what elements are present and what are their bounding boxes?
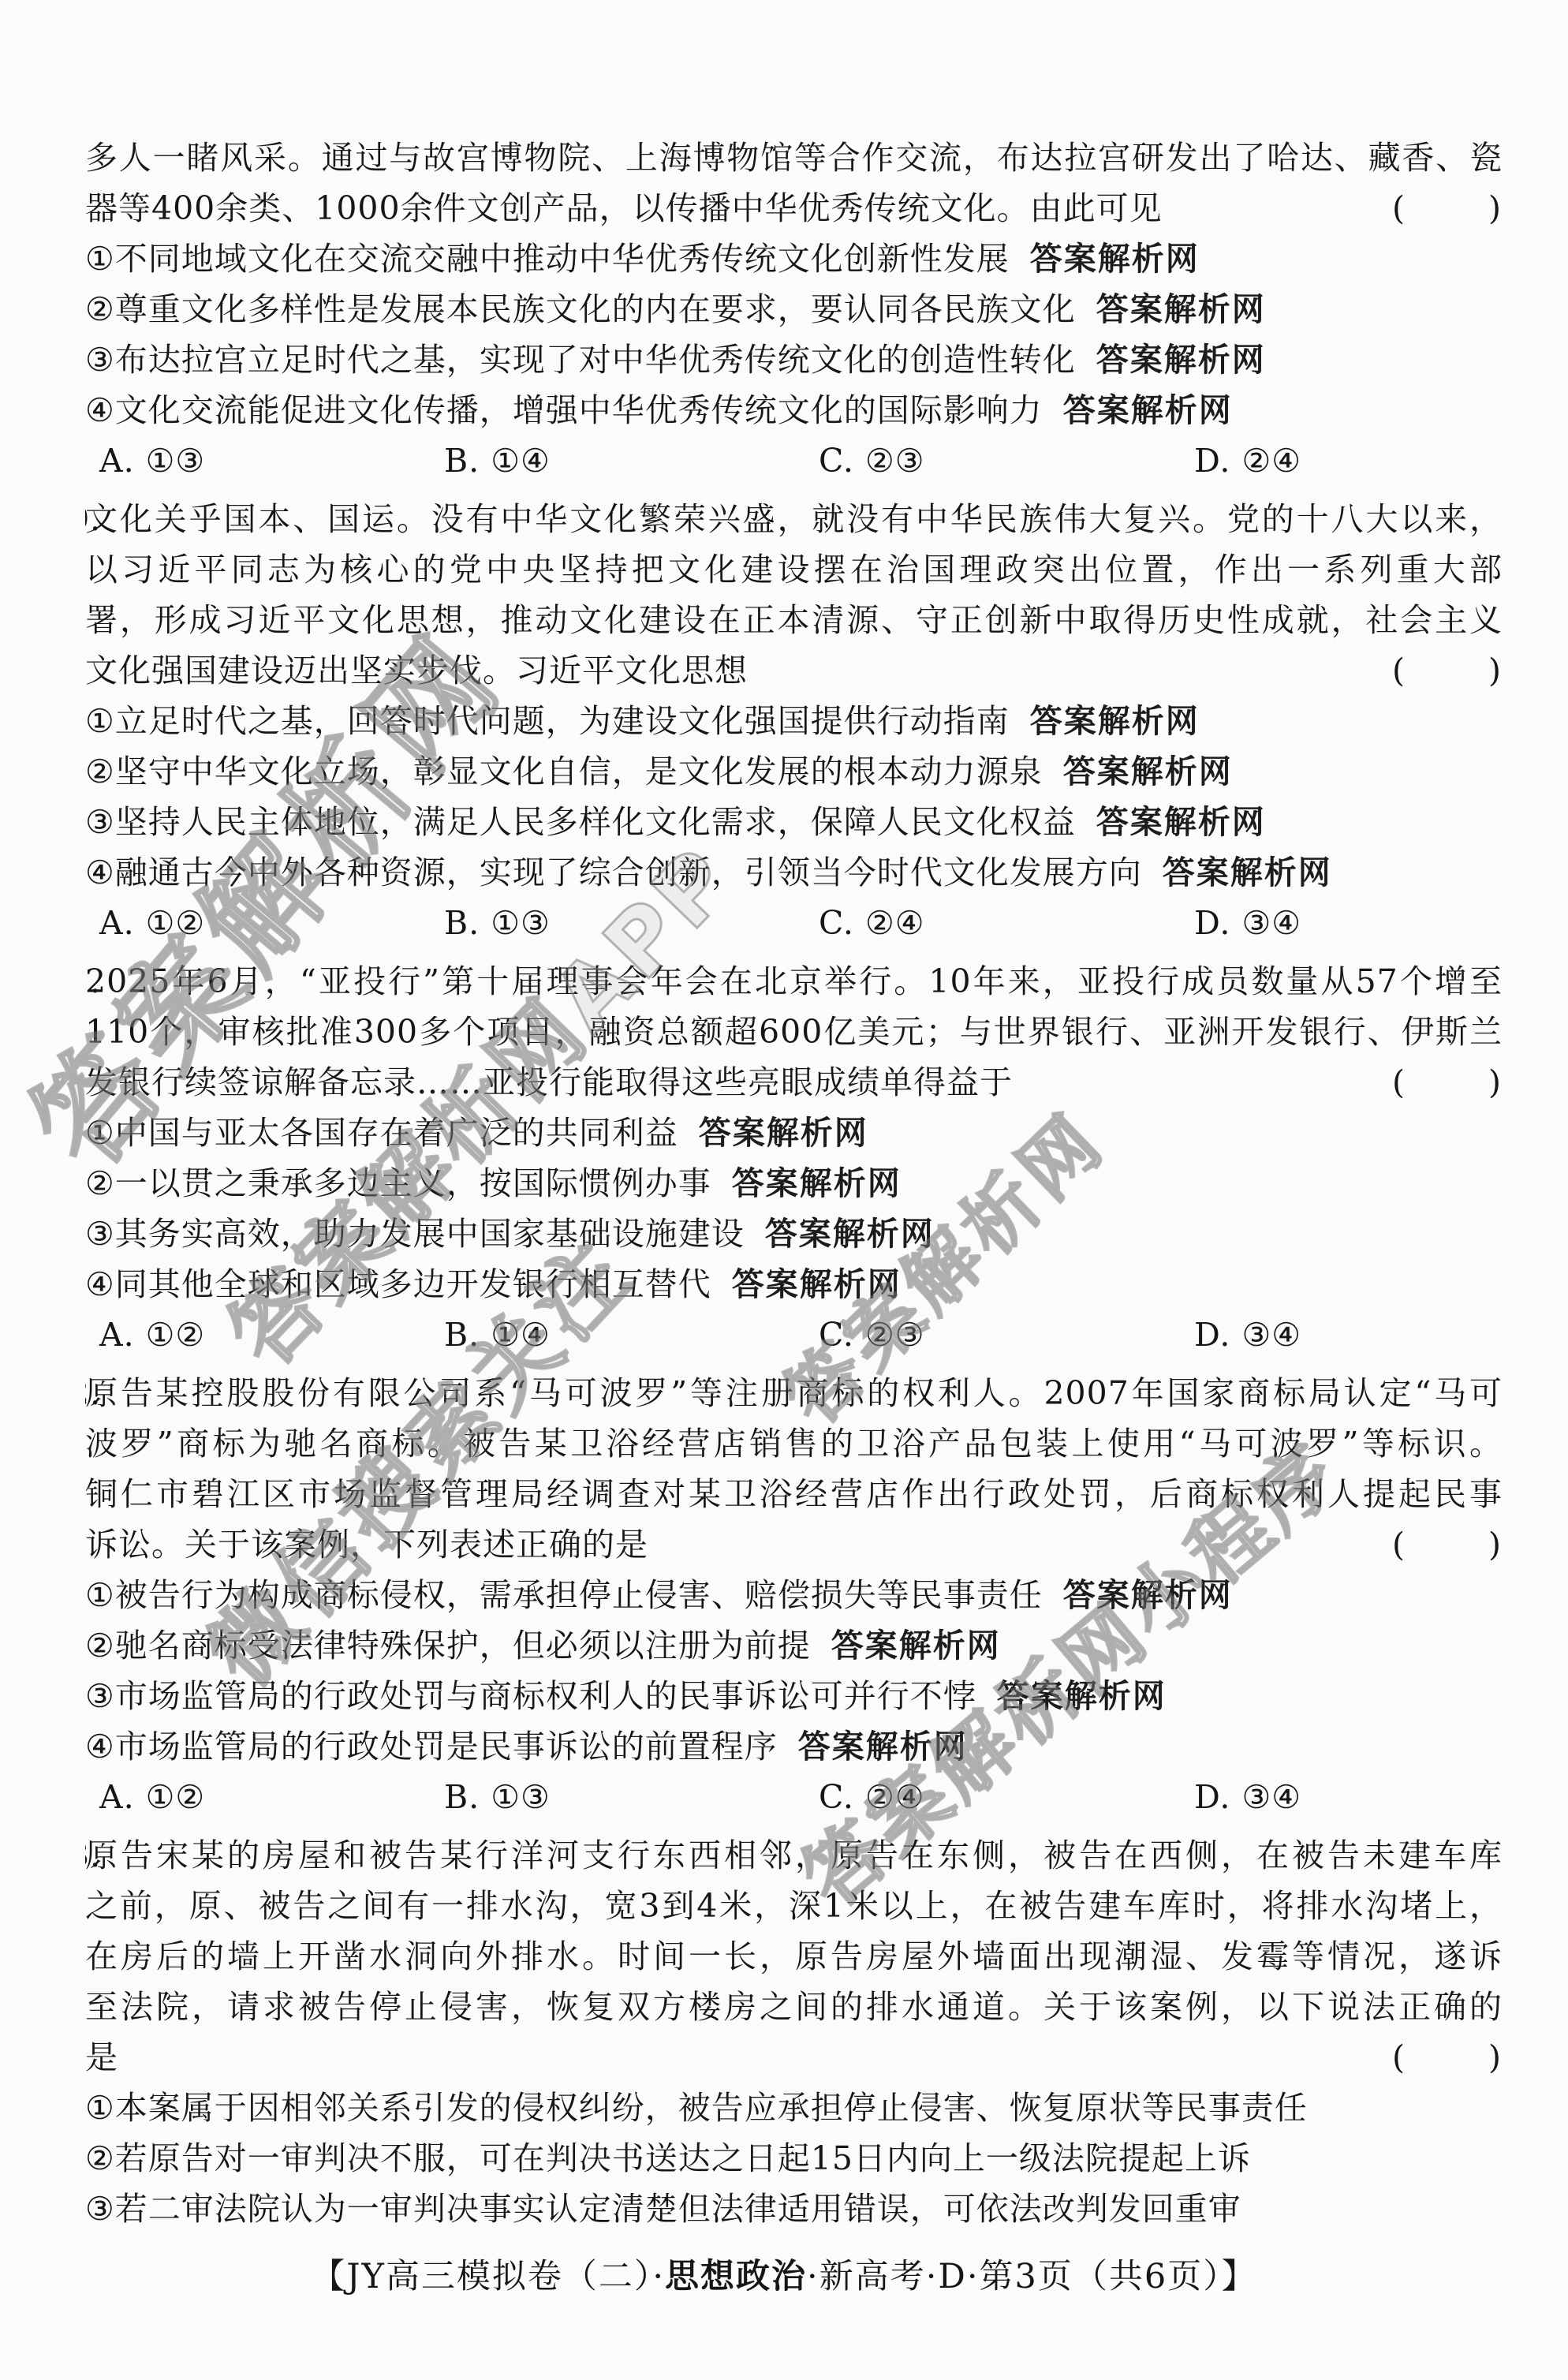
stem-text: 原告宋某的房屋和被告某行洋河支行东西相邻，原告在东侧，被告在西侧，在被告未建车库	[85, 1836, 1503, 1874]
question-number: 11.	[85, 956, 101, 1007]
question-stem-line: 是()	[85, 2032, 1503, 2083]
stem-text: 至法院，请求被告停止侵害，恢复双方楼房之间的排水通道。关于该案例，以下说法正确的	[85, 1988, 1503, 2026]
question-option: ②若原告对一审判决不服，可在判决书送达之日起15日内向上一级法院提起上诉	[85, 2133, 1503, 2184]
question-block: 11.2025年6月，“亚投行”第十届理事会年会在北京举行。10年来，亚投行成员…	[85, 956, 1503, 1360]
question-number: 10.	[85, 494, 101, 544]
question-stem-line: 在房后的墙上开凿水洞向外排水。时间一长，原告房屋外墙面出现潮湿、发霉等情况，遂诉	[85, 1931, 1503, 1982]
option-text: ②一以贯之秉承多边主义，按国际惯例办事	[85, 1164, 711, 1202]
question-stem-line: 署，形成习近平文化思想，推动文化建设在正本清源、守正创新中取得历史性成就，社会主…	[85, 595, 1503, 645]
brand-stamp: 答案解析网	[1142, 854, 1332, 891]
bracket-open: (	[1392, 183, 1405, 234]
question-block: 10.文化关乎国本、国运。没有中华文化繁荣兴盛，就没有中华民族伟大复兴。党的十八…	[85, 494, 1503, 948]
option-text: ②若原告对一审判决不服，可在判决书送达之日起15日内向上一级法院提起上诉	[85, 2139, 1251, 2177]
answer-bracket: ()	[1392, 1519, 1501, 1570]
option-text: ④融通古今中外各种资源，实现了综合创新，引领当今时代文化发展方向	[85, 854, 1142, 891]
option-text: ④同其他全球和区域多边开发银行相互替代	[85, 1265, 711, 1303]
choice-d: D. ②④	[1194, 435, 1301, 486]
stem-text: 文化强国建设迈出坚实步伐。习近平文化思想	[85, 652, 748, 689]
brand-stamp: 答案解析网	[1076, 341, 1266, 379]
choice-row: A. ①②B. ①④C. ②③D. ③④	[85, 1310, 1503, 1360]
stem-text: 110个，审核批准300多个项目，融资总额超600亿美元；与世界银行、亚洲开发银…	[85, 1013, 1503, 1057]
answer-bracket: ()	[1392, 183, 1501, 234]
choice-b: B. ①③	[444, 1772, 551, 1822]
option-text: ③若二审法院认为一审判决事实认定清楚但法律适用错误，可依法改判发回重审	[85, 2190, 1241, 2228]
bracket-open: (	[1392, 2032, 1405, 2083]
question-block: 多人一睹风采。通过与故宫博物院、上海博物馆等合作交流，布达拉宫研发出了哈达、藏香…	[85, 133, 1503, 486]
stem-text: 在房后的墙上开凿水洞向外排水。时间一长，原告房屋外墙面出现潮湿、发霉等情况，遂诉	[85, 1937, 1503, 1975]
option-text: ④文化交流能促进文化传播，增强中华优秀传统文化的国际影响力	[85, 391, 1043, 429]
question-stem-line: 之前，原、被告之间有一排水沟，宽3到4米，深1米以上，在被告建车库时，将排水沟堵…	[85, 1881, 1503, 1931]
option-text: ③坚持人民主体地位，满足人民多样化文化需求，保障人民文化权益	[85, 803, 1076, 841]
question-option: ②尊重文化多样性是发展本民族文化的内在要求，要认同各民族文化答案解析网	[85, 284, 1503, 334]
brand-stamp: 答案解析网	[678, 1114, 868, 1152]
page-footer: 【JY高三模拟卷（二）·思想政治·新高考·D·第3页（共6页）】	[0, 2250, 1568, 2298]
choice-a: A. ①②	[99, 1772, 205, 1822]
bracket-close: )	[1488, 645, 1501, 696]
option-text: ①中国与亚太各国存在着广泛的共同利益	[85, 1114, 678, 1152]
question-option: ③布达拉宫立足时代之基，实现了对中华优秀传统文化的创造性转化答案解析网	[85, 334, 1503, 385]
question-option: ①本案属于因相邻关系引发的侵权纠纷，被告应承担停止侵害、恢复原状等民事责任	[85, 2083, 1503, 2133]
choice-b: B. ①④	[444, 435, 551, 486]
choice-c: C. ②③	[819, 435, 925, 486]
option-text: ③其务实高效，助力发展中国家基础设施建设	[85, 1215, 745, 1253]
footer-subject: 思想政治	[665, 2257, 807, 2296]
question-option: ②一以贯之秉承多边主义，按国际惯例办事答案解析网	[85, 1158, 1503, 1209]
brand-stamp: 答案解析网	[1010, 240, 1200, 278]
question-stem-line: 诉讼。关于该案例，下列表述正确的是()	[85, 1519, 1503, 1570]
brand-stamp: 答案解析网	[1076, 803, 1266, 841]
brand-stamp: 答案解析网	[711, 1265, 902, 1303]
choice-d: D. ③④	[1194, 1772, 1301, 1822]
choice-row: A. ①③B. ①④C. ②③D. ②④	[85, 435, 1503, 486]
stem-text: 多人一睹风采。通过与故宫博物院、上海博物馆等合作交流，布达拉宫研发出了哈达、藏香…	[85, 139, 1503, 177]
stem-text: 是	[85, 2038, 118, 2076]
choice-a: A. ①②	[99, 1310, 205, 1360]
question-option: ①立足时代之基，回答时代问题，为建设文化强国提供行动指南答案解析网	[85, 696, 1503, 746]
stem-text: 之前，原、被告之间有一排水沟，宽3到4米，深1米以上，在被告建车库时，将排水沟堵…	[85, 1887, 1503, 1925]
footer-suffix: ·新高考·D·第3页（共6页）】	[807, 2257, 1257, 2296]
question-option: ②坚守中华文化立场，彰显文化自信，是文化发展的根本动力源泉答案解析网	[85, 746, 1503, 797]
question-option: ①不同地域文化在交流交融中推动中华优秀传统文化创新性发展答案解析网	[85, 234, 1503, 284]
brand-stamp: 答案解析网	[1076, 290, 1266, 328]
answer-bracket: ()	[1392, 645, 1501, 696]
question-stem-line: 110个，审核批准300多个项目，融资总额超600亿美元；与世界银行、亚洲开发银…	[85, 1007, 1503, 1057]
option-text: ①不同地域文化在交流交融中推动中华优秀传统文化创新性发展	[85, 240, 1010, 278]
question-option: ④同其他全球和区域多边开发银行相互替代答案解析网	[85, 1259, 1503, 1310]
stem-text: 文化关乎国本、国运。没有中华文化繁荣兴盛，就没有中华民族伟大复兴。党的十八大以来…	[85, 500, 1503, 538]
option-text: ③市场监管局的行政处罚与商标权利人的民事诉讼可并行不悖	[85, 1677, 976, 1715]
brand-stamp: 答案解析网	[711, 1164, 902, 1202]
question-stem-line: 文化强国建设迈出坚实步伐。习近平文化思想()	[85, 645, 1503, 696]
answer-bracket: ()	[1392, 1057, 1501, 1108]
option-text: ④市场监管局的行政处罚是民事诉讼的前置程序	[85, 1728, 778, 1765]
brand-stamp: 答案解析网	[745, 1215, 935, 1253]
bracket-close: )	[1488, 1057, 1501, 1108]
question-option: ①被告行为构成商标侵权，需承担停止侵害、赔偿损失等民事责任答案解析网	[85, 1570, 1503, 1620]
brand-stamp: 答案解析网	[1010, 702, 1200, 740]
brand-stamp: 答案解析网	[1043, 1576, 1233, 1614]
bracket-open: (	[1392, 645, 1405, 696]
brand-stamp: 答案解析网	[778, 1728, 968, 1765]
choice-c: C. ②④	[819, 1772, 925, 1822]
answer-bracket: ()	[1392, 2032, 1501, 2083]
choice-b: B. ①③	[444, 898, 551, 948]
option-text: ②尊重文化多样性是发展本民族文化的内在要求，要认同各民族文化	[85, 290, 1076, 328]
stem-text: 发银行续签谅解备忘录……亚投行能取得这些亮眼成绩单得益于	[85, 1063, 1013, 1101]
option-text: ①被告行为构成商标侵权，需承担停止侵害、赔偿损失等民事责任	[85, 1576, 1043, 1614]
brand-stamp: 答案解析网	[1043, 753, 1233, 790]
bracket-close: )	[1488, 183, 1501, 234]
question-stem-line: 10.文化关乎国本、国运。没有中华文化繁荣兴盛，就没有中华民族伟大复兴。党的十八…	[85, 494, 1503, 544]
footer-prefix: 【JY高三模拟卷（二）·	[311, 2257, 665, 2296]
question-stem-line: 11.2025年6月，“亚投行”第十届理事会年会在北京举行。10年来，亚投行成员…	[85, 956, 1503, 1007]
option-text: ②驰名商标受法律特殊保护，但必须以注册为前提	[85, 1627, 811, 1665]
question-option: ③其务实高效，助力发展中国家基础设施建设答案解析网	[85, 1209, 1503, 1259]
stem-text: 铜仁市碧江区市场监督管理局经调查对某卫浴经营店作出行政处罚，后商标权利人提起民事	[85, 1475, 1503, 1513]
question-stem-line: 以习近平同志为核心的党中央坚持把文化建设摆在治国理政突出位置，作出一系列重大部	[85, 544, 1503, 595]
choice-row: A. ①②B. ①③C. ②④D. ③④	[85, 898, 1503, 948]
choice-c: C. ②④	[819, 898, 925, 948]
bracket-open: (	[1392, 1057, 1405, 1108]
question-option: ④融通古今中外各种资源，实现了综合创新，引领当今时代文化发展方向答案解析网	[85, 847, 1503, 898]
option-text: ②坚守中华文化立场，彰显文化自信，是文化发展的根本动力源泉	[85, 753, 1043, 790]
question-block: 13.原告宋某的房屋和被告某行洋河支行东西相邻，原告在东侧，被告在西侧，在被告未…	[85, 1830, 1503, 2234]
choice-b: B. ①④	[444, 1310, 551, 1360]
brand-stamp: 答案解析网	[811, 1627, 1001, 1665]
question-stem-line: 12.原告某控股股份有限公司系“马可波罗”等注册商标的权利人。2007年国家商标…	[85, 1368, 1503, 1418]
stem-text: 器等400余类、1000余件文创产品，以传播中华优秀传统文化。由此可见	[85, 189, 1163, 227]
choice-d: D. ③④	[1194, 1310, 1301, 1360]
question-stem-line: 器等400余类、1000余件文创产品，以传播中华优秀传统文化。由此可见()	[85, 183, 1503, 234]
option-text: ①本案属于因相邻关系引发的侵权纠纷，被告应承担停止侵害、恢复原状等民事责任	[85, 2089, 1308, 2127]
question-block: 12.原告某控股股份有限公司系“马可波罗”等注册商标的权利人。2007年国家商标…	[85, 1368, 1503, 1822]
option-text: ①立足时代之基，回答时代问题，为建设文化强国提供行动指南	[85, 702, 1010, 740]
brand-stamp: 答案解析网	[976, 1677, 1167, 1715]
question-option: ②驰名商标受法律特殊保护，但必须以注册为前提答案解析网	[85, 1620, 1503, 1671]
choice-c: C. ②③	[819, 1310, 925, 1360]
choice-row: A. ①②B. ①③C. ②④D. ③④	[85, 1772, 1503, 1822]
question-stem-line: 铜仁市碧江区市场监督管理局经调查对某卫浴经营店作出行政处罚，后商标权利人提起民事	[85, 1469, 1503, 1519]
question-option: ④市场监管局的行政处罚是民事诉讼的前置程序答案解析网	[85, 1721, 1503, 1772]
exam-page: 答案解析网 答案解析网APP 答案解析网 微信搜索关注 答案解析网小程序 多人一…	[0, 0, 1568, 2380]
question-stem-line: 13.原告宋某的房屋和被告某行洋河支行东西相邻，原告在东侧，被告在西侧，在被告未…	[85, 1830, 1503, 1881]
question-stem-line: 发银行续签谅解备忘录……亚投行能取得这些亮眼成绩单得益于()	[85, 1057, 1503, 1108]
stem-text: 诉讼。关于该案例，下列表述正确的是	[85, 1526, 648, 1564]
question-stem-line: 多人一睹风采。通过与故宫博物院、上海博物馆等合作交流，布达拉宫研发出了哈达、藏香…	[85, 133, 1503, 183]
brand-stamp: 答案解析网	[1043, 391, 1233, 429]
choice-a: A. ①②	[99, 898, 205, 948]
question-stem-line: 波罗”商标为驰名商标。被告某卫浴经营店销售的卫浴产品包装上使用“马可波罗”等标识…	[85, 1418, 1503, 1469]
bracket-open: (	[1392, 1519, 1405, 1570]
stem-text: 2025年6月，“亚投行”第十届理事会年会在北京举行。10年来，亚投行成员数量从…	[85, 962, 1503, 1000]
stem-text: 原告某控股股份有限公司系“马可波罗”等注册商标的权利人。2007年国家商标局认定…	[85, 1374, 1503, 1412]
question-stem-line: 至法院，请求被告停止侵害，恢复双方楼房之间的排水通道。关于该案例，以下说法正确的	[85, 1982, 1503, 2032]
stem-text: 以习近平同志为核心的党中央坚持把文化建设摆在治国理政突出位置，作出一系列重大部	[85, 551, 1503, 588]
question-number: 12.	[85, 1368, 101, 1418]
question-number: 13.	[85, 1830, 101, 1881]
content: 多人一睹风采。通过与故宫博物院、上海博物馆等合作交流，布达拉宫研发出了哈达、藏香…	[85, 133, 1503, 2242]
choice-d: D. ③④	[1194, 898, 1301, 948]
stem-text: 波罗”商标为驰名商标。被告某卫浴经营店销售的卫浴产品包装上使用“马可波罗”等标识…	[85, 1425, 1503, 1463]
question-option: ④文化交流能促进文化传播，增强中华优秀传统文化的国际影响力答案解析网	[85, 385, 1503, 435]
question-option: ①中国与亚太各国存在着广泛的共同利益答案解析网	[85, 1108, 1503, 1158]
question-option: ③市场监管局的行政处罚与商标权利人的民事诉讼可并行不悖答案解析网	[85, 1671, 1503, 1721]
stem-text: 署，形成习近平文化思想，推动文化建设在正本清源、守正创新中取得历史性成就，社会主…	[85, 601, 1503, 639]
option-text: ③布达拉宫立足时代之基，实现了对中华优秀传统文化的创造性转化	[85, 341, 1076, 379]
bracket-close: )	[1488, 1519, 1501, 1570]
bracket-close: )	[1488, 2032, 1501, 2083]
question-option: ③坚持人民主体地位，满足人民多样化文化需求，保障人民文化权益答案解析网	[85, 797, 1503, 847]
question-option: ③若二审法院认为一审判决事实认定清楚但法律适用错误，可依法改判发回重审	[85, 2184, 1503, 2234]
choice-a: A. ①③	[99, 435, 205, 486]
